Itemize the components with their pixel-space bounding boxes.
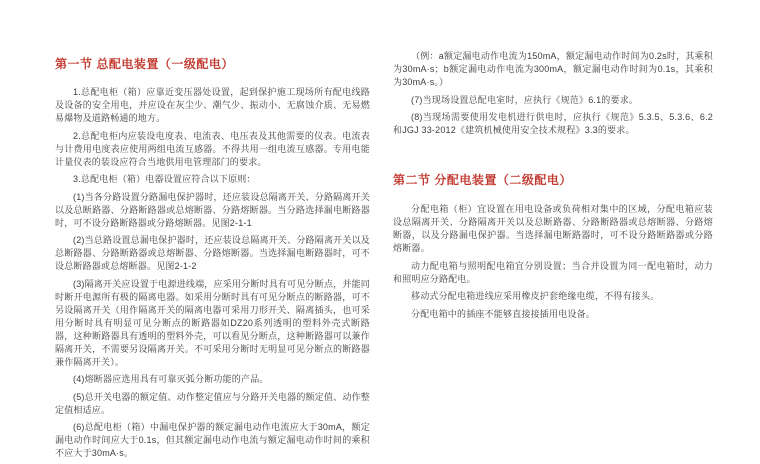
paragraph: (2)当总路设置总漏电保护器时，还应装设总隔离开关、分路隔离开关以及总断路器、分… xyxy=(55,234,370,273)
paragraph: (8)当现场需要使用发电机进行供电时，应执行《规范》5.3.5、5.3.6、6.… xyxy=(393,111,713,137)
paragraph: 3.总配电柜（箱）电器设置应符合以下原则： xyxy=(55,173,370,186)
paragraph: (3)隔离开关应设置于电源进线端，应采用分断时具有可见分断点，并能同时断开电源所… xyxy=(55,278,370,369)
paragraph: （例：a额定漏电动作电流为150mA，额定漏电动作时间为0.2s时，其乘积为30… xyxy=(393,50,713,89)
section-2-title: 第二节 分配电装置（二级配电） xyxy=(393,172,713,189)
paragraph: 移动式分配电箱进线应采用橡皮护套绝缘电缆，不得有接头。 xyxy=(393,290,713,303)
right-column: （例：a额定漏电动作电流为150mA，额定漏电动作时间为0.2s时，其乘积为30… xyxy=(393,50,713,325)
paragraph: 分配电箱（柜）宜设置在用电设备或负荷相对集中的区域，分配电箱应装设总隔离开关、分… xyxy=(393,203,713,255)
paragraph: (4)熔断器应选用具有可靠灭弧分断功能的产品。 xyxy=(55,373,370,386)
paragraph: (5)总开关电器的额定值、动作整定值应与分路开关电器的额定值、动作整定值相适应。 xyxy=(55,391,370,417)
paragraph: (6)总配电柜（箱）中漏电保护器的额定漏电动作电流应大于30mA，额定漏电动作时… xyxy=(55,421,370,460)
paragraph: 1.总配电柜（箱）应靠近变压器处设置，起到保护施工现场所有配电线路及设备的安全用… xyxy=(55,86,370,125)
paragraph: (7)当现场设置总配电室时，应执行《规范》6.1的要求。 xyxy=(393,94,713,107)
paragraph: 分配电箱中的插座不能够直接接插用电设备。 xyxy=(393,308,713,321)
left-column: 第一节 总配电装置（一级配电） 1.总配电柜（箱）应靠近变压器处设置，起到保护施… xyxy=(55,56,370,464)
section-1-title: 第一节 总配电装置（一级配电） xyxy=(55,56,370,73)
document-page: 第一节 总配电装置（一级配电） 1.总配电柜（箱）应靠近变压器处设置，起到保护施… xyxy=(0,0,760,464)
paragraph: 2.总配电柜内应装设电度表、电流表、电压表及其他需要的仪表。电流表与计费用电度表… xyxy=(55,130,370,169)
paragraph: 动力配电箱与照明配电箱宜分别设置；当合并设置为同一配电箱时，动力和照明应分路配电… xyxy=(393,260,713,286)
paragraph: (1)当各分路设置分路漏电保护器时，还应装设总隔离开关、分路隔离开关以及总断路器… xyxy=(55,191,370,230)
